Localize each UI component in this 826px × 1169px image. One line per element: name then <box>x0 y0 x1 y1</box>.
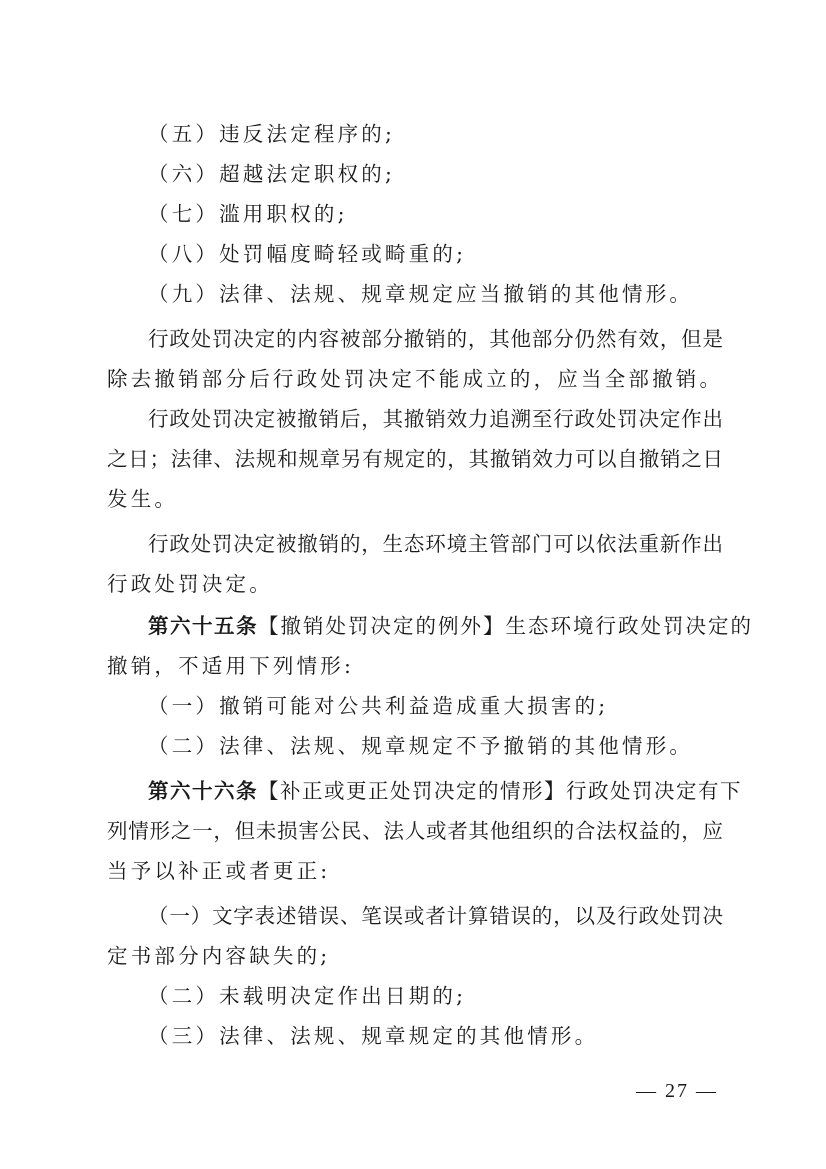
paragraph-line: （八）处罚幅度畸轻或畸重的; <box>148 240 764 268</box>
article-66-heading: 【补正或更正处罚决定的情形】 <box>258 779 566 803</box>
article-66-title: 第六十六条 <box>148 779 258 803</box>
article-65-item-2: （二）法律、法规、规章规定不予撤销的其他情形。 <box>148 732 764 760</box>
article-65-text: 生态环境行政处罚决定的 <box>506 614 754 638</box>
article-66-item-2: （二）未载明决定作出日期的; <box>148 982 764 1010</box>
paragraph-line: 行政处罚决定。 <box>107 570 723 598</box>
paragraph-line: 行政处罚决定被撤销的，生态环境主管部门可以依法重新作出 <box>148 530 723 558</box>
article-66-item-1-line-1: （一）文字表述错误、笔误或者计算错误的，以及行政处罚决 <box>148 902 723 930</box>
paragraph-line: 之日；法律、法规和规章另有规定的，其撤销效力可以自撤销之日 <box>107 445 723 473</box>
article-66-line-3: 当予以补正或者更正: <box>107 857 723 885</box>
paragraph-line: （六）超越法定职权的; <box>148 160 764 188</box>
page-number: — 27 — <box>636 1080 718 1103</box>
paragraph-line: 行政处罚决定的内容被部分撤销的，其他部分仍然有效，但是 <box>148 325 723 353</box>
paragraph-line: 除去撤销部分后行政处罚决定不能成立的，应当全部撤销。 <box>107 365 723 393</box>
article-66-item-3: （三）法律、法规、规章规定的其他情形。 <box>148 1022 764 1050</box>
article-65-line-2: 撤销，不适用下列情形: <box>107 652 723 680</box>
paragraph-line: （九）法律、法规、规章规定应当撤销的其他情形。 <box>148 280 764 308</box>
article-66-line-2: 列情形之一，但未损害公民、法人或者其他组织的合法权益的，应 <box>107 817 723 845</box>
article-65-heading-line: 第六十五条【撤销处罚决定的例外】生态环境行政处罚决定的 <box>148 612 723 640</box>
paragraph-line: 发生。 <box>107 485 723 513</box>
article-66-item-1-line-2: 定书部分内容缺失的; <box>107 942 723 970</box>
article-66-heading-line: 第六十六条【补正或更正处罚决定的情形】行政处罚决定有下 <box>148 777 723 805</box>
paragraph-line: 行政处罚决定被撤销后，其撤销效力追溯至行政处罚决定作出 <box>148 405 723 433</box>
article-65-title: 第六十五条 <box>148 614 258 638</box>
document-page: （五）违反法定程序的;（六）超越法定职权的;（七）滥用职权的;（八）处罚幅度畸轻… <box>0 0 826 1169</box>
paragraph-line: （五）违反法定程序的; <box>148 120 764 148</box>
article-65-heading: 【撤销处罚决定的例外】 <box>258 614 506 638</box>
article-66-text: 行政处罚决定有下 <box>566 779 742 803</box>
paragraph-line: （七）滥用职权的; <box>148 200 764 228</box>
article-65-item-1: （一）撤销可能对公共利益造成重大损害的; <box>148 692 764 720</box>
